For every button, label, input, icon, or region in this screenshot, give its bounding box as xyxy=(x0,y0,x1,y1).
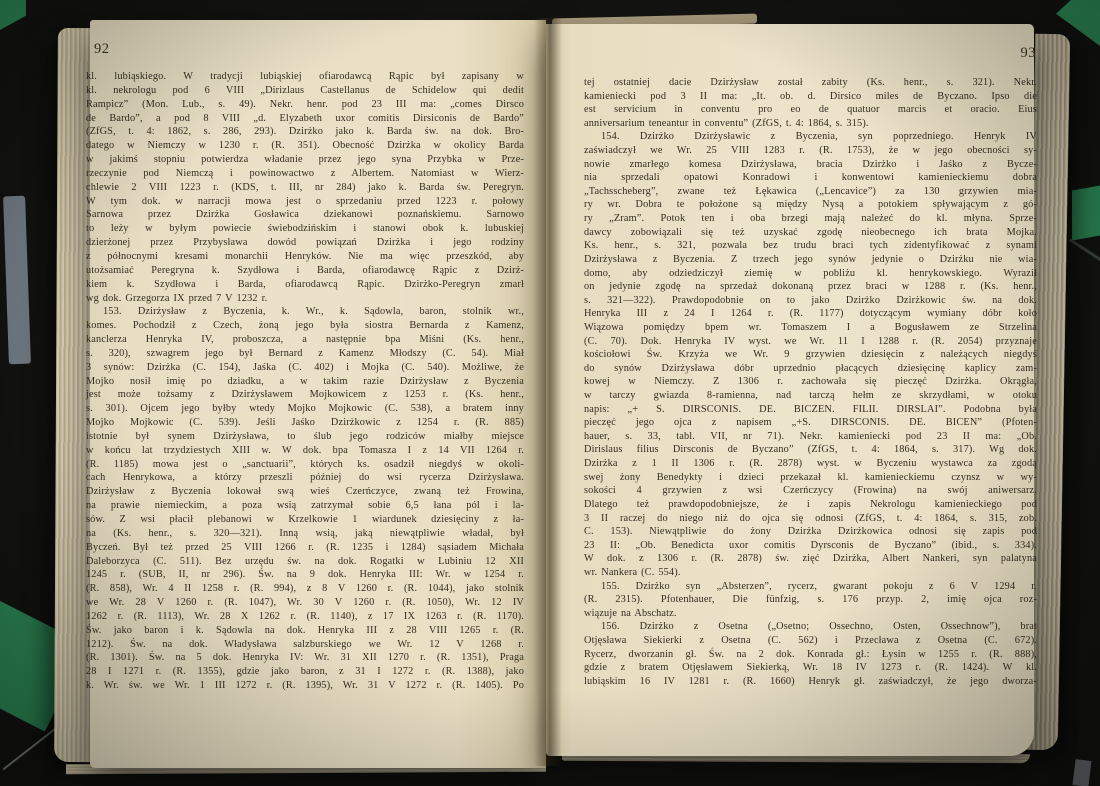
book-gutter-shadow xyxy=(534,18,562,766)
text-line: dawcy zobowiązali się też uzyskać zgodę … xyxy=(584,226,1037,240)
text-line: Rampicz” (Mon. Lub., s. 49). Nekr. henr.… xyxy=(86,98,524,112)
gray-object-bottom-right xyxy=(1072,759,1091,786)
text-line: w jakimś stopniu potwierdza władanie prz… xyxy=(86,153,524,167)
text-line: cach Henrykowa, a którzy przeszli późnie… xyxy=(86,471,524,485)
text-line: (R. 2315). Pfotenhauer, Die fünfzig, s. … xyxy=(584,593,1037,607)
text-line: Rycerz, dworzanin gł. Św. na 2 dok. Konr… xyxy=(584,648,1037,662)
text-line: Byczeń. Był też przed 25 VIII 1266 r. (R… xyxy=(86,541,524,555)
text-line: chlewie 2 VIII 1223 r. (KDS, t. III, nr … xyxy=(86,181,524,195)
text-line: jest może tożsamy z Dzirżysławem Mojkowi… xyxy=(86,388,524,402)
text-line: Św. jako baron i k. Sądowla na dok. Henr… xyxy=(86,624,524,638)
text-line: Dirislaus filius Dirsconis de Byczano” (… xyxy=(584,443,1037,457)
text-line: swej żony Benedykty i dzieci przekazał k… xyxy=(584,471,1037,485)
text-line: (C. 70). Dok. Henryka IV wyst. we Wr. 11… xyxy=(584,335,1037,349)
text-line: 3 II raczej do niego niż do ojca się odn… xyxy=(584,512,1037,526)
text-line: 155. Dzirżko syn „Absterzen”, rycerz, gw… xyxy=(584,580,1037,594)
page-number-left: 92 xyxy=(94,41,154,58)
text-line: Mojko Mojkowic (C. 539). Jeśli Jaśko Dzi… xyxy=(86,416,524,430)
text-line: sów. Z wsi płacił plebanowi w Krzelkowie… xyxy=(86,513,524,527)
text-line: Daleborzyca (C. 511). Bez urzędu św. na … xyxy=(86,555,524,569)
text-line: istotnie był synem Dzirżysława, to ślub … xyxy=(86,430,524,444)
text-line: nowie zmarłego komesa Dzirżysława, braci… xyxy=(584,158,1037,172)
text-line: komes. Pochodził z Czech, żoną jego była… xyxy=(86,319,524,333)
right-page-text-column: tej ostatniej dacie Dzirżysław został za… xyxy=(584,76,1037,688)
text-line: s. 320), szwagrem jego był Bernard z Kam… xyxy=(86,347,524,361)
text-line: (R. 858), Wr. 4 II 1258 r. (R. 994), z 8… xyxy=(86,582,524,596)
text-line: pieczęć jego ojca z napisem „+S. DIRSCON… xyxy=(584,416,1037,430)
text-line: gdzie z bratem Otjęsławem Siekierką, Wr.… xyxy=(584,661,1037,675)
photo-background: 92 93 kl. lubiąskiego. W tradycji lubiąs… xyxy=(0,0,1100,786)
text-line: z północnymi kresami monarchii Henryków.… xyxy=(86,250,524,264)
text-line: hauer, s. 33, tabl. VII, nr 71). Nekr. k… xyxy=(584,430,1037,444)
text-line: 1245 r. (SUB, II, nr 296). Św. na 9 dok.… xyxy=(86,568,524,582)
text-line: Wiązowa pomiędzy bpem wr. Tomaszem I a B… xyxy=(584,321,1037,335)
text-line: na prawie niemieckim, a poza wsią zatrzy… xyxy=(86,499,524,513)
text-line: w końcu lat trzydziestych XIII w. W dok.… xyxy=(86,444,524,458)
text-line: s. 321—322). Prawdopodobnie on to jako D… xyxy=(584,294,1037,308)
text-line: W tym dok. w narracji mowa jest o sprzed… xyxy=(86,195,524,209)
page-number-right: 93 xyxy=(584,45,1036,62)
text-line: Henryka III z 24 I 1264 r. (R. 1177) dot… xyxy=(584,307,1037,321)
text-line: on jedynie zgodę na sprzedaż dokonaną pr… xyxy=(584,280,1037,294)
text-line: kowej w Niemczy. Z 1306 r. zachowała się… xyxy=(584,375,1037,389)
text-line: kościołowi Św. Krzyża we Wr. 9 grzywien … xyxy=(584,348,1037,362)
text-line: kiem k. Szydłowa i Barda, ofiarodawcą Rą… xyxy=(86,278,524,292)
text-line: (R. 1185) mowa jest o „sanctuarii”, któr… xyxy=(86,458,524,472)
text-line: dzierżonej przez Przybysława dowód powią… xyxy=(86,236,524,250)
text-line: Dzirżysława z Byczenia. Z trzech jego sy… xyxy=(584,253,1037,267)
text-line: Dzirżysław z Byczenia lokował swą wieś C… xyxy=(86,485,524,499)
text-line: 23 II: „Ob. Benedicta uxor comitis Dyrsc… xyxy=(584,539,1037,553)
text-line: we Wr. 28 V 1260 r. (R. 1047), Wr. 30 V … xyxy=(86,596,524,610)
text-line: 153. Dzirżysław z Byczenia, k. Wr., k. S… xyxy=(86,305,524,319)
text-line: napis: „+ S. DIRSCONIS. DE. BICZEN. FILI… xyxy=(584,403,1037,417)
text-line: (ZfGS, t. 4: 1862, s. 286, 293). Dzirżko… xyxy=(86,125,524,139)
text-line: Dzirżka z 1 II 1306 r. (R. 2878) wyst. w… xyxy=(584,457,1037,471)
text-line: s. 301). Ojcem jego byłby wtedy Mojko Mo… xyxy=(86,402,524,416)
text-line: tej ostatniej dacie Dzirżysław został za… xyxy=(584,76,1037,90)
text-line: sokości 4 grzywien z wsi Czerńczycy (Fro… xyxy=(584,484,1037,498)
text-line: 156. Dzirżko z Osetna („Osetno; Ossechno… xyxy=(584,620,1037,634)
text-line: wg dok. Grzegorza IX przed 7 V 1232 r. xyxy=(86,292,524,306)
gray-object-left xyxy=(3,196,31,365)
text-line: zaświadczył we Wr. 25 VIII 1283 r. (R. 1… xyxy=(584,144,1037,158)
text-line: 1262 r. (R. 1113), Wr. 28 X 1262 r. (R. … xyxy=(86,610,524,624)
text-line: Dlatego też prawdopodobniejsze, że i zap… xyxy=(584,498,1037,512)
text-line: kamieniecki pod 3 II ma: „It. ob. d. Dir… xyxy=(584,90,1037,104)
text-line: 154. Dzirżko Dzirżysławic z Byczenia, sy… xyxy=(584,130,1037,144)
text-line: Sarnowa przez Dzirżka Gosławica dziekano… xyxy=(86,208,524,222)
text-line: w tarczy gwiazda 8-ramienna, nad tarczą … xyxy=(584,389,1037,403)
text-line: W dok. z 1306 r. (R. 2878) św. zięć Dzir… xyxy=(584,552,1037,566)
text-line: na (Ks. henr., s. 320—321). Inną wsią, j… xyxy=(86,527,524,541)
text-line: anniversarium teneantur in conventu” (Zf… xyxy=(584,117,1037,131)
text-line: de Bardo”, a pod 8 VIII „d. Elyzabeth ux… xyxy=(86,112,524,126)
text-line: kl. nekrologu pod 6 VIII „Dirizlaus Cast… xyxy=(86,84,524,98)
text-line: lubiąskim 16 IV 1281 r. (R. 1660) Henryk… xyxy=(584,675,1037,689)
text-line: est servicium in conventu pro eo de quat… xyxy=(584,103,1037,117)
text-line: 1212). Św. na dok. Władysława salzburski… xyxy=(86,638,524,652)
text-line: to leży w byłym powiecie świebodzińskim … xyxy=(86,222,524,236)
thin-line-right xyxy=(1069,238,1100,264)
text-line: ry wr. Dobra te położone są między Nysą … xyxy=(584,198,1037,212)
text-line: k. Wr. św. we Wr. 1 III 1272 r. (R. 1395… xyxy=(86,679,524,693)
text-line: datego w Niemczy w 1230 r. (R. 351). Obe… xyxy=(86,139,524,153)
text-line: do synów Dzirżysława dóbr uprzednio płac… xyxy=(584,362,1037,376)
text-line: kanclerza Henryka IV, proboszcza, a nast… xyxy=(86,333,524,347)
text-line: Ks. henr., s. 321, pozwala bez trudu bra… xyxy=(584,239,1037,253)
text-line: Otjęsława Siekierki z Osetna (C. 562) i … xyxy=(584,634,1037,648)
text-line: wiązuje na Abschatz. xyxy=(584,607,1037,621)
text-line: rzeczynie pod Niemczą i powinowactwo z A… xyxy=(86,167,524,181)
text-line: 3 synów: Dzirżka (C. 154), Jaśka (C. 402… xyxy=(86,361,524,375)
green-object-top-left xyxy=(0,0,26,30)
left-page-text-column: kl. lubiąskiego. W tradycji lubiąskiej o… xyxy=(86,70,524,693)
green-object-right xyxy=(1072,186,1100,241)
text-line: 28 I 1271 r. (R. 1355), gdzie jako baron… xyxy=(86,665,524,679)
text-line: ry „Zram”. Potok ten i oba brzegi mają n… xyxy=(584,212,1037,226)
text-line: nia sprzedali opatowi Konradowi i konwen… xyxy=(584,171,1037,185)
text-line: utożsamiać Peregryna k. Szydłowa i Barda… xyxy=(86,264,524,278)
text-line: domo, aby odziedziczył ziemię w pobliżu … xyxy=(584,267,1037,281)
text-line: Mojko nosił imię po dziadku, a w takim r… xyxy=(86,375,524,389)
text-line: kl. lubiąskiego. W tradycji lubiąskiej o… xyxy=(86,70,524,84)
text-line: C. 153). Niewątpliwie do żony Dzirżka Dz… xyxy=(584,525,1037,539)
text-line: wr. Nankera (C. 554). xyxy=(584,566,1037,580)
text-line: „Tachsscheberg”, zwane też Łękawica („Le… xyxy=(584,185,1037,199)
text-line: (R. 1301). Św. na 5 dok. Henryka IV: Wr.… xyxy=(86,651,524,665)
